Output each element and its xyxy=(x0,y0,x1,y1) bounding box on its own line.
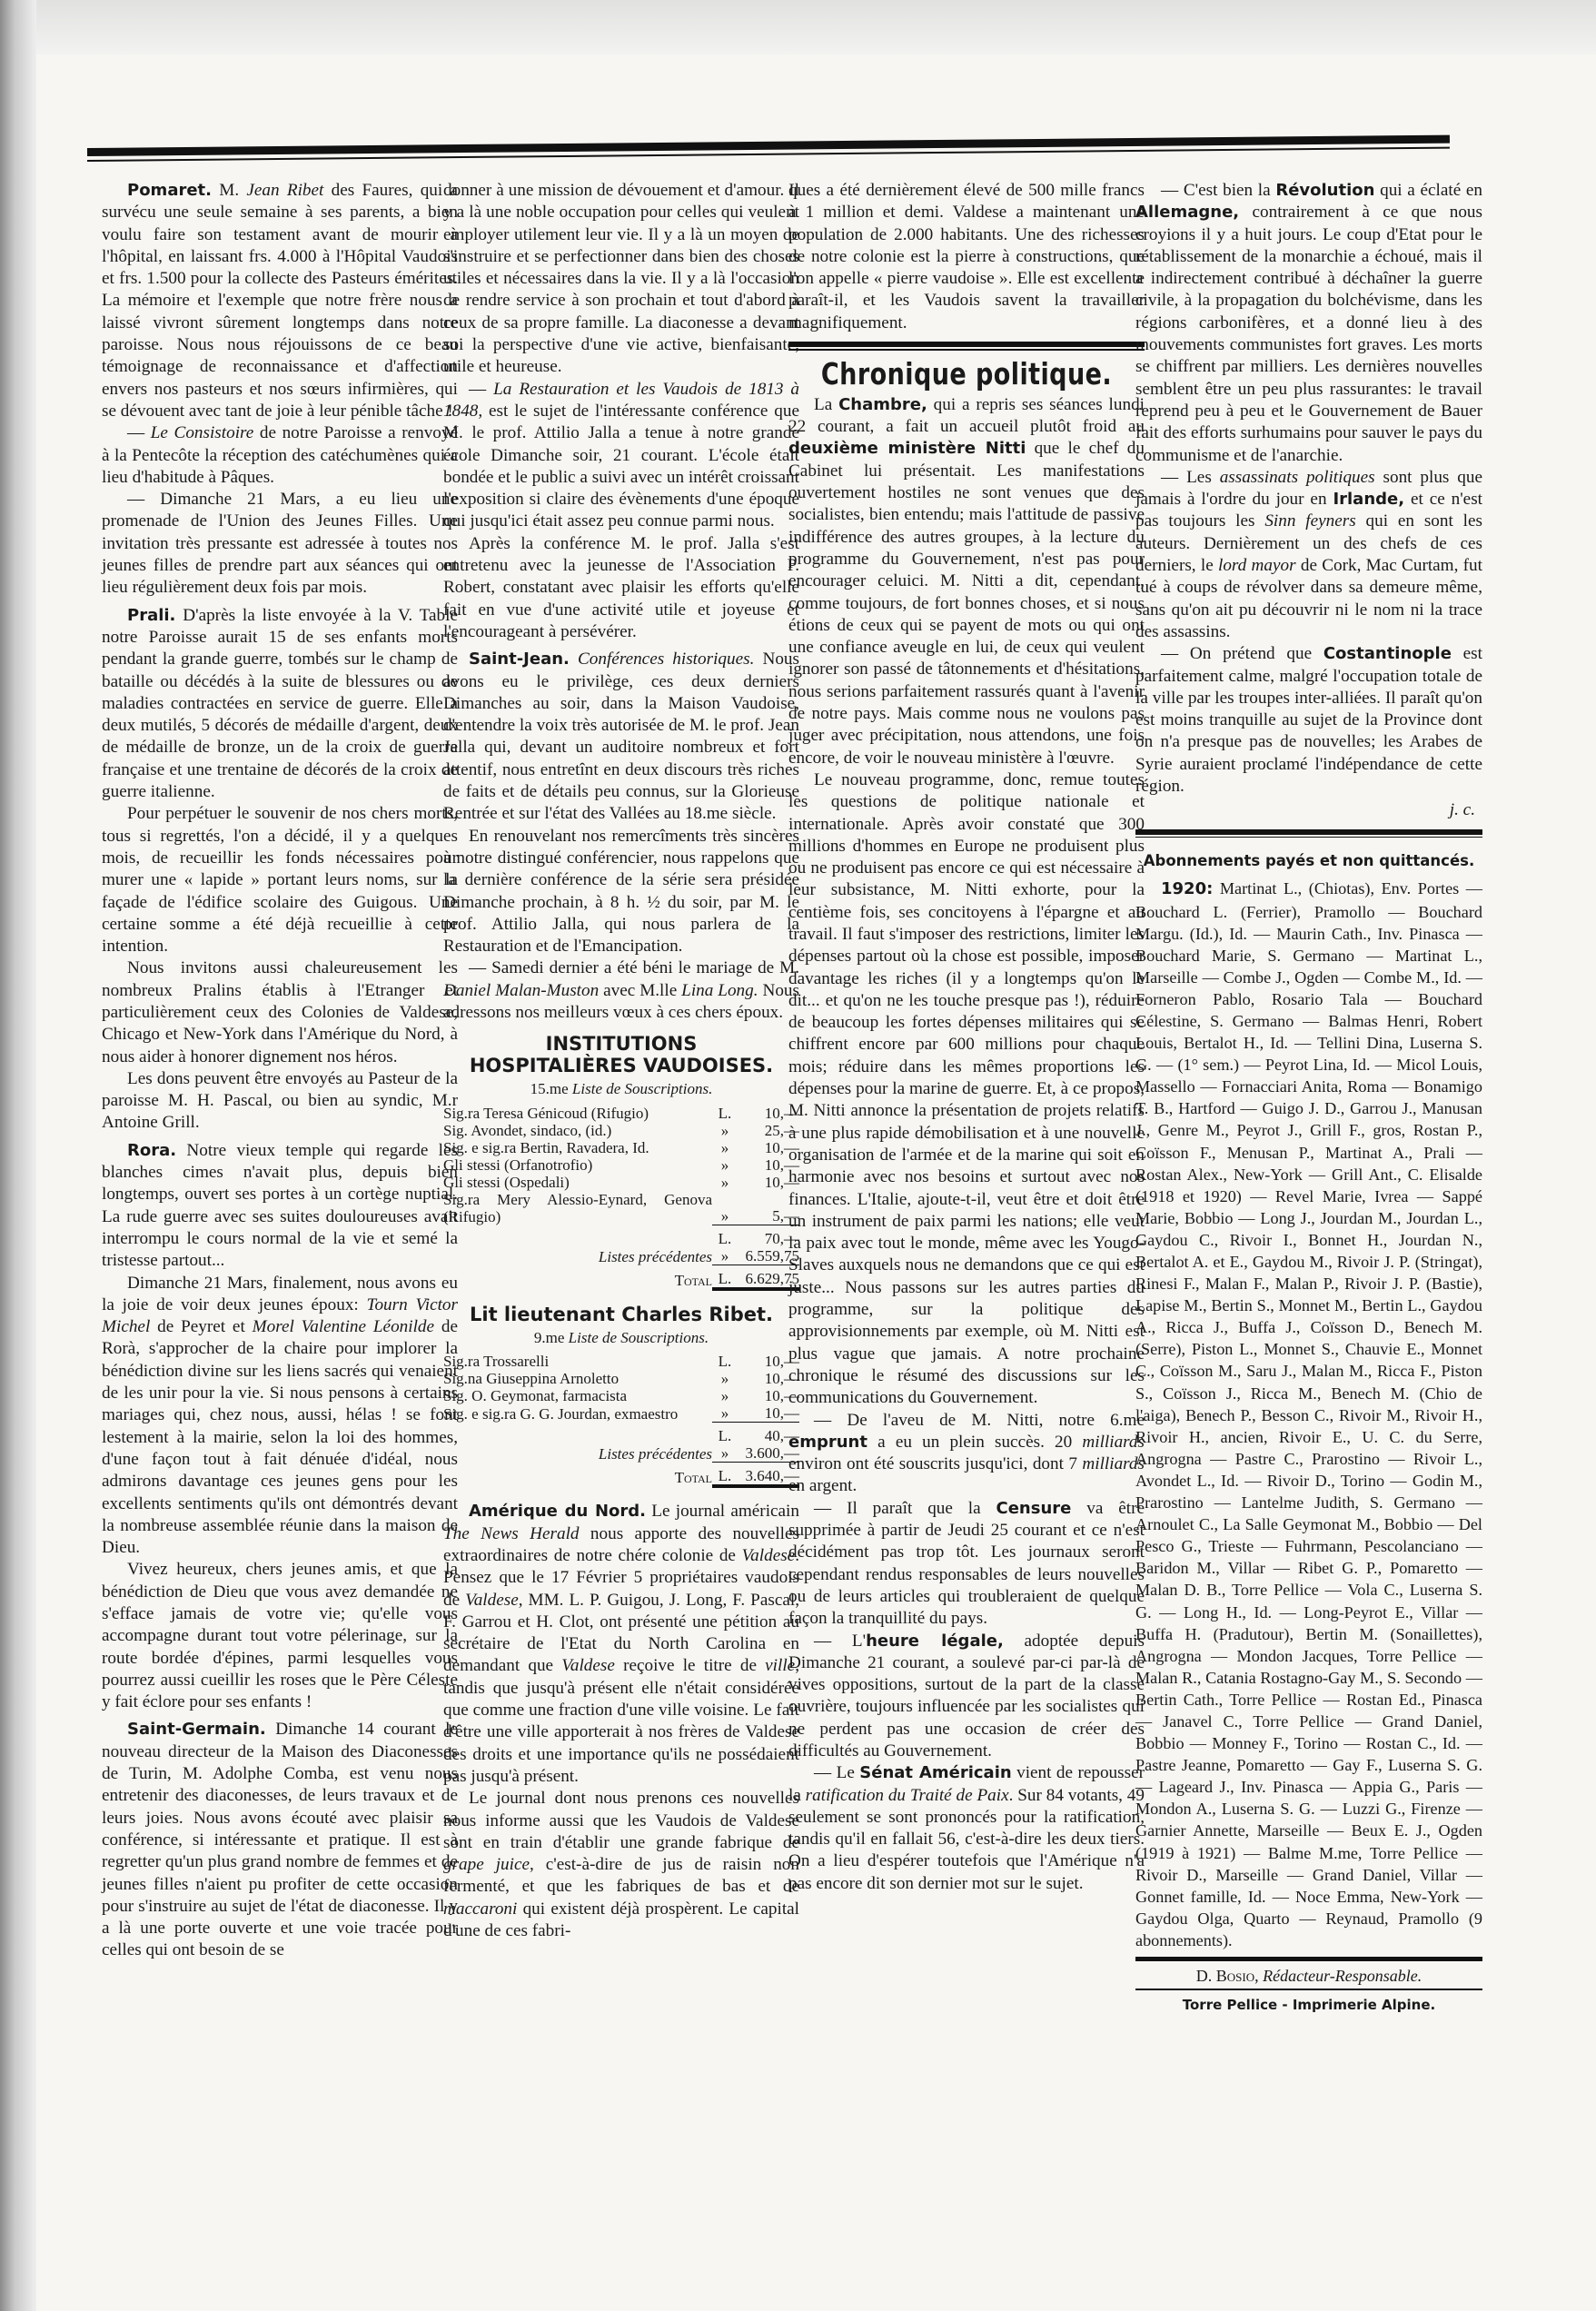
text: Le journal américain xyxy=(646,1502,799,1521)
list-number: 15.me xyxy=(530,1080,572,1097)
text: La xyxy=(814,395,838,414)
prali-paragraph-2: Pour perpétuer le souvenir de nos chers … xyxy=(102,803,458,957)
section-heading-pomaret: Pomaret. xyxy=(127,181,212,200)
text: Nous avons eu le privilège, ces deux der… xyxy=(443,650,799,823)
text: D'après la liste envoyée à la V. Table n… xyxy=(102,606,458,801)
person-name: Morel Valentine Léonilde xyxy=(253,1317,434,1336)
year-label: 1920: xyxy=(1161,879,1213,898)
chronique-paragraph-2: Le nouveau programme, donc, remue toutes… xyxy=(788,769,1145,1410)
text: — Samedi dernier a été béni le mariage d… xyxy=(469,958,799,977)
title-line: INSTITUTIONS xyxy=(443,1033,799,1055)
place-name: Valdese xyxy=(561,1656,615,1675)
text: est parfaitement calme, malgré l'occupat… xyxy=(1135,644,1482,796)
currency: L. xyxy=(712,1225,738,1248)
text-bold: Irlande, xyxy=(1333,490,1404,509)
spacer xyxy=(443,1225,712,1248)
promenade-paragraph: — Dimanche 21 Mars, a eu lieu une promen… xyxy=(102,489,458,599)
text: M. xyxy=(219,181,246,200)
subscription-table: Sig.ra Teresa Génicoud (Rifugio)L.10,— S… xyxy=(443,1105,799,1292)
section-heading-saint-jean: Saint-Jean. xyxy=(469,650,570,669)
text: , tandis que jusqu'à présent elle n'étai… xyxy=(443,1656,799,1785)
abonnements-list: 1920: Martinat L., (Chiotas), Env. Porte… xyxy=(1135,878,1482,1951)
text-italic: ratification du Traité de Paix xyxy=(806,1786,1009,1805)
table-row: Sig.ra Mery Alessio-Eynard, Genova (Rifu… xyxy=(443,1191,799,1225)
page-shading-left xyxy=(0,0,36,2311)
text: — L' xyxy=(814,1632,866,1651)
list-label: Liste de Souscriptions. xyxy=(572,1080,712,1097)
text: — xyxy=(127,423,151,442)
text: — De l'aveu de M. Nitti, notre 6.me xyxy=(814,1411,1145,1430)
text-bold: Chambre, xyxy=(838,395,927,414)
editor-name: D. Bosio, xyxy=(1196,1967,1259,1985)
text-bold: Sénat Américain xyxy=(859,1763,1011,1782)
currency: » xyxy=(712,1387,738,1404)
text: a eu un plein succès. 20 xyxy=(867,1433,1082,1452)
text-bold: Costantinople xyxy=(1323,644,1452,663)
text-italic: Sinn feyners xyxy=(1264,511,1355,531)
donor-name: Gli stessi (Orfanotrofio) xyxy=(443,1156,712,1174)
currency: L. xyxy=(712,1105,738,1122)
donor-name: Sig. e sig.ra G. G. Jourdan, exmaestro xyxy=(443,1404,712,1423)
place-name: Valdese xyxy=(465,1591,519,1610)
saint-germain-continued: donner à une mission de dévouement et d'… xyxy=(443,180,799,379)
text: que le chef du Cabinet lui présentait. L… xyxy=(788,439,1145,767)
footer-divider-thin xyxy=(1135,1989,1482,1990)
institutions-title: INSTITUTIONS HOSPITALIÈRES VAUDOISES. xyxy=(443,1033,799,1076)
table-row: Sig. e sig.ra Bertin, Ravadera, Id.»10,— xyxy=(443,1139,799,1156)
total-row: TotalL.6.629,75 xyxy=(443,1265,799,1290)
text: contrairement à ce que nous croyions il … xyxy=(1135,203,1482,464)
subscription-table: Sig.ra TrossarelliL.10,— Sig.na Giuseppi… xyxy=(443,1353,799,1488)
prali-paragraph: Prali. D'après la liste envoyée à la V. … xyxy=(102,605,458,804)
editor-credit: D. Bosio, Rédacteur-Responsable. xyxy=(1135,1965,1482,1987)
text: — xyxy=(469,380,493,399)
person-name: Lina Long. xyxy=(681,981,758,1000)
text: — Les xyxy=(1161,468,1220,487)
apres-conference-paragraph: Après la conférence M. le prof. Jalla s'… xyxy=(443,533,799,643)
allemagne-paragraph: — C'est bien la Révolution qui a éclaté … xyxy=(1135,180,1482,467)
chronique-paragraph-1: La Chambre, qui a repris ses séances lun… xyxy=(788,394,1145,769)
text: en argent. xyxy=(788,1476,857,1495)
section-divider-thin xyxy=(1135,837,1482,838)
currency: » xyxy=(712,1404,738,1423)
text-bold: Révolution xyxy=(1275,181,1374,200)
costantinople-paragraph: — On prétend que Costantinople est parfa… xyxy=(1135,643,1482,798)
saint-jean-paragraph: Saint-Jean. Conférences historiques. Nou… xyxy=(443,649,799,825)
list-subtitle: 15.me Liste de Souscriptions. xyxy=(443,1078,799,1100)
page-shading-top xyxy=(0,0,1596,55)
text-italic: grape juice xyxy=(443,1855,530,1874)
table-row: Sig.ra TrossarelliL.10,— xyxy=(443,1353,799,1370)
text: Dimanche 14 courant le nouveau directeur… xyxy=(102,1720,458,1959)
currency: » xyxy=(712,1139,738,1156)
donor-name: Sig.ra Trossarelli xyxy=(443,1353,712,1370)
list-number: 9.me xyxy=(534,1329,569,1346)
spacer xyxy=(443,1423,712,1445)
donor-name: Sig. O. Geymonat, farmacista xyxy=(443,1387,712,1404)
saint-jean-paragraph-2: En renouvelant nos remercîments très sin… xyxy=(443,826,799,958)
currency: » xyxy=(712,1247,738,1265)
currency: » xyxy=(712,1444,738,1463)
previous-label: Listes précédentes xyxy=(443,1247,712,1265)
section-heading-amerique: Amérique du Nord. xyxy=(469,1502,646,1521)
person-name: Jean Ribet xyxy=(246,181,323,200)
text-bold: emprunt xyxy=(788,1433,867,1452)
text-bold: deuxième ministère Nitti xyxy=(788,439,1026,458)
section-heading-saint-germain: Saint-Germain. xyxy=(127,1720,266,1739)
donor-name: Sig. Avondet, sindaco, (id.) xyxy=(443,1122,712,1139)
section-heading-rora: Rora. xyxy=(127,1141,176,1160)
text: va être supprimée à partir de Jeudi 25 c… xyxy=(788,1499,1145,1628)
section-divider xyxy=(788,342,1145,347)
author-signature: j. c. xyxy=(1135,799,1475,821)
pomaret-paragraph: Pomaret. M. Jean Ribet des Faures, qui a… xyxy=(102,180,458,422)
saint-germain-paragraph: Saint-Germain. Dimanche 14 courant le no… xyxy=(102,1719,458,1961)
lit-ribet-title: Lit lieutenant Charles Ribet. xyxy=(443,1304,799,1325)
currency: » xyxy=(712,1174,738,1191)
total-row: TotalL.3.640,— xyxy=(443,1463,799,1487)
column-1: Pomaret. M. Jean Ribet des Faures, qui a… xyxy=(102,180,458,1962)
chronique-paragraph-heure-legale: — L'heure légale, adoptée depuis Dimanch… xyxy=(788,1631,1145,1763)
amerique-continued: ques a été dernièrement élevé de 500 mil… xyxy=(788,180,1145,334)
lit-ribet-box: Lit lieutenant Charles Ribet. 9.me Liste… xyxy=(443,1304,799,1488)
text: qui a éclaté en xyxy=(1374,181,1482,200)
currency: » xyxy=(712,1370,738,1387)
currency: » xyxy=(712,1191,738,1225)
donor-name: Sig. e sig.ra Bertin, Ravadera, Id. xyxy=(443,1139,712,1156)
table-row: Sig. O. Geymonat, farmacista»10,— xyxy=(443,1387,799,1404)
place-name: Valdese xyxy=(742,1546,796,1565)
rora-paragraph-3: Vivez heureux, chers jeunes amis, et que… xyxy=(102,1559,458,1713)
text-bold: Censure xyxy=(996,1499,1072,1518)
previous-row: Listes précédentes»3.600,— xyxy=(443,1444,799,1463)
prali-paragraph-4: Les dons peuvent être envoyés au Pasteur… xyxy=(102,1068,458,1135)
donor-name: Sig.ra Mery Alessio-Eynard, Genova (Rifu… xyxy=(443,1191,712,1225)
chronique-title: Chronique politique. xyxy=(820,363,1112,385)
text: — Il paraît que la xyxy=(814,1499,996,1518)
restauration-paragraph: — La Restauration et les Vaudois de 1813… xyxy=(443,379,799,533)
currency: L. xyxy=(712,1353,738,1370)
text-italic: lord mayor xyxy=(1218,556,1296,575)
currency: L. xyxy=(712,1265,738,1290)
chronique-paragraph-senat: — Le Sénat Américain vient de repousser … xyxy=(788,1762,1145,1895)
section-divider xyxy=(1135,829,1482,835)
table-row: Sig.ra Teresa Génicoud (Rifugio)L.10,— xyxy=(443,1105,799,1122)
amerique-paragraph-2: Le journal dont nous prenons ces nouvell… xyxy=(443,1788,799,1942)
list-label: Liste de Souscriptions. xyxy=(569,1329,709,1346)
text: reçoive le titre de xyxy=(615,1656,765,1675)
table-row: Gli stessi (Orfanotrofio)»10,— xyxy=(443,1156,799,1174)
newspaper-name: The News Herald xyxy=(443,1524,580,1543)
currency: L. xyxy=(712,1463,738,1487)
text-italic: assassinats politiques xyxy=(1220,468,1375,487)
section-heading-prali: Prali. xyxy=(127,606,175,625)
text-italic: Le Consistoire xyxy=(151,423,254,442)
person-name: Daniel Malan-Muston xyxy=(443,981,599,1000)
total-label: Total xyxy=(443,1463,712,1487)
text: de Rorà, s'approcher de la chaire pour i… xyxy=(102,1317,458,1557)
subtotal-row: L.40,— xyxy=(443,1423,799,1445)
total-label: Total xyxy=(443,1265,712,1290)
text: environ ont été souscrits jusqu'ici, don… xyxy=(788,1454,1082,1473)
title-line: HOSPITALIÈRES VAUDOISES. xyxy=(443,1055,799,1076)
column-3: ques a été dernièrement élevé de 500 mil… xyxy=(788,180,1145,1895)
text-bold: Allemagne, xyxy=(1135,203,1239,222)
text: avec M.lle xyxy=(599,981,681,1000)
text: — C'est bien la xyxy=(1161,181,1275,200)
text: — Le xyxy=(814,1763,859,1782)
text-bold: heure légale, xyxy=(866,1632,1004,1651)
list-subtitle: 9.me Liste de Souscriptions. xyxy=(443,1327,799,1349)
table-row: Sig. Avondet, sindaco, (id.)»25,— xyxy=(443,1122,799,1139)
subtotal-row: L.70,— xyxy=(443,1225,799,1248)
prali-paragraph-3: Nous invitons aussi chaleureusement les … xyxy=(102,957,458,1067)
table-row: Sig.na Giuseppina Arnoletto»10,— xyxy=(443,1370,799,1387)
donor-name: Sig.na Giuseppina Arnoletto xyxy=(443,1370,712,1387)
previous-row: Listes précédentes»6.559,75 xyxy=(443,1247,799,1265)
footer-divider xyxy=(1135,1957,1482,1961)
text: est le sujet de l'intéressante conférenc… xyxy=(443,402,799,531)
currency: » xyxy=(712,1122,738,1139)
section-divider-thin xyxy=(788,349,1145,351)
consistoire-paragraph: — Le Consistoire de notre Paroisse a ren… xyxy=(102,422,458,489)
chronique-paragraph-censure: — Il paraît que la Censure va être suppr… xyxy=(788,1498,1145,1631)
currency: L. xyxy=(712,1423,738,1445)
irlande-paragraph: — Les assassinats politiques sont plus q… xyxy=(1135,467,1482,643)
chronique-paragraph-emprunt: — De l'aveu de M. Nitti, notre 6.me empr… xyxy=(788,1410,1145,1498)
previous-label: Listes précédentes xyxy=(443,1444,712,1463)
donor-name: Sig.ra Teresa Génicoud (Rifugio) xyxy=(443,1105,712,1122)
institutions-box: INSTITUTIONS HOSPITALIÈRES VAUDOISES. 15… xyxy=(443,1033,799,1291)
saint-jean-paragraph-3: — Samedi dernier a été béni le mariage d… xyxy=(443,957,799,1024)
text: — On prétend que xyxy=(1161,644,1323,663)
text: de Peyret et xyxy=(150,1317,252,1336)
printer-credit: Torre Pellice - Imprimerie Alpine. xyxy=(1135,1994,1482,2016)
table-row: Gli stessi (Ospedali)»10,— xyxy=(443,1174,799,1191)
text: Le journal dont nous prenons ces nouvell… xyxy=(443,1789,799,1852)
rora-paragraph: Rora. Notre vieux temple qui regarde les… xyxy=(102,1140,458,1273)
column-4: — C'est bien la Révolution qui a éclaté … xyxy=(1135,180,1482,2016)
column-2: donner à une mission de dévouement et d'… xyxy=(443,180,799,1942)
amerique-paragraph: Amérique du Nord. Le journal américain T… xyxy=(443,1501,799,1788)
table-row: Sig. e sig.ra G. G. Jourdan, exmaestro»1… xyxy=(443,1404,799,1423)
subscriber-list: Martinat L., (Chiotas), Env. Portes — Bo… xyxy=(1135,879,1482,1949)
text: Notre vieux temple qui regarde les blanc… xyxy=(102,1141,458,1270)
abonnements-title: Abonnements payés et non quittancés. xyxy=(1135,850,1482,872)
text: des Faures, qui a survécu une seule sema… xyxy=(102,181,458,421)
text-italic: maccaroni xyxy=(443,1899,517,1919)
editor-role: Rédacteur-Responsable. xyxy=(1259,1967,1423,1985)
donor-name: Gli stessi (Ospedali) xyxy=(443,1174,712,1191)
currency: » xyxy=(712,1156,738,1174)
rora-paragraph-2: Dimanche 21 Mars, finalement, nous avons… xyxy=(102,1273,458,1560)
text-italic: Conférences historiques. xyxy=(570,650,755,669)
